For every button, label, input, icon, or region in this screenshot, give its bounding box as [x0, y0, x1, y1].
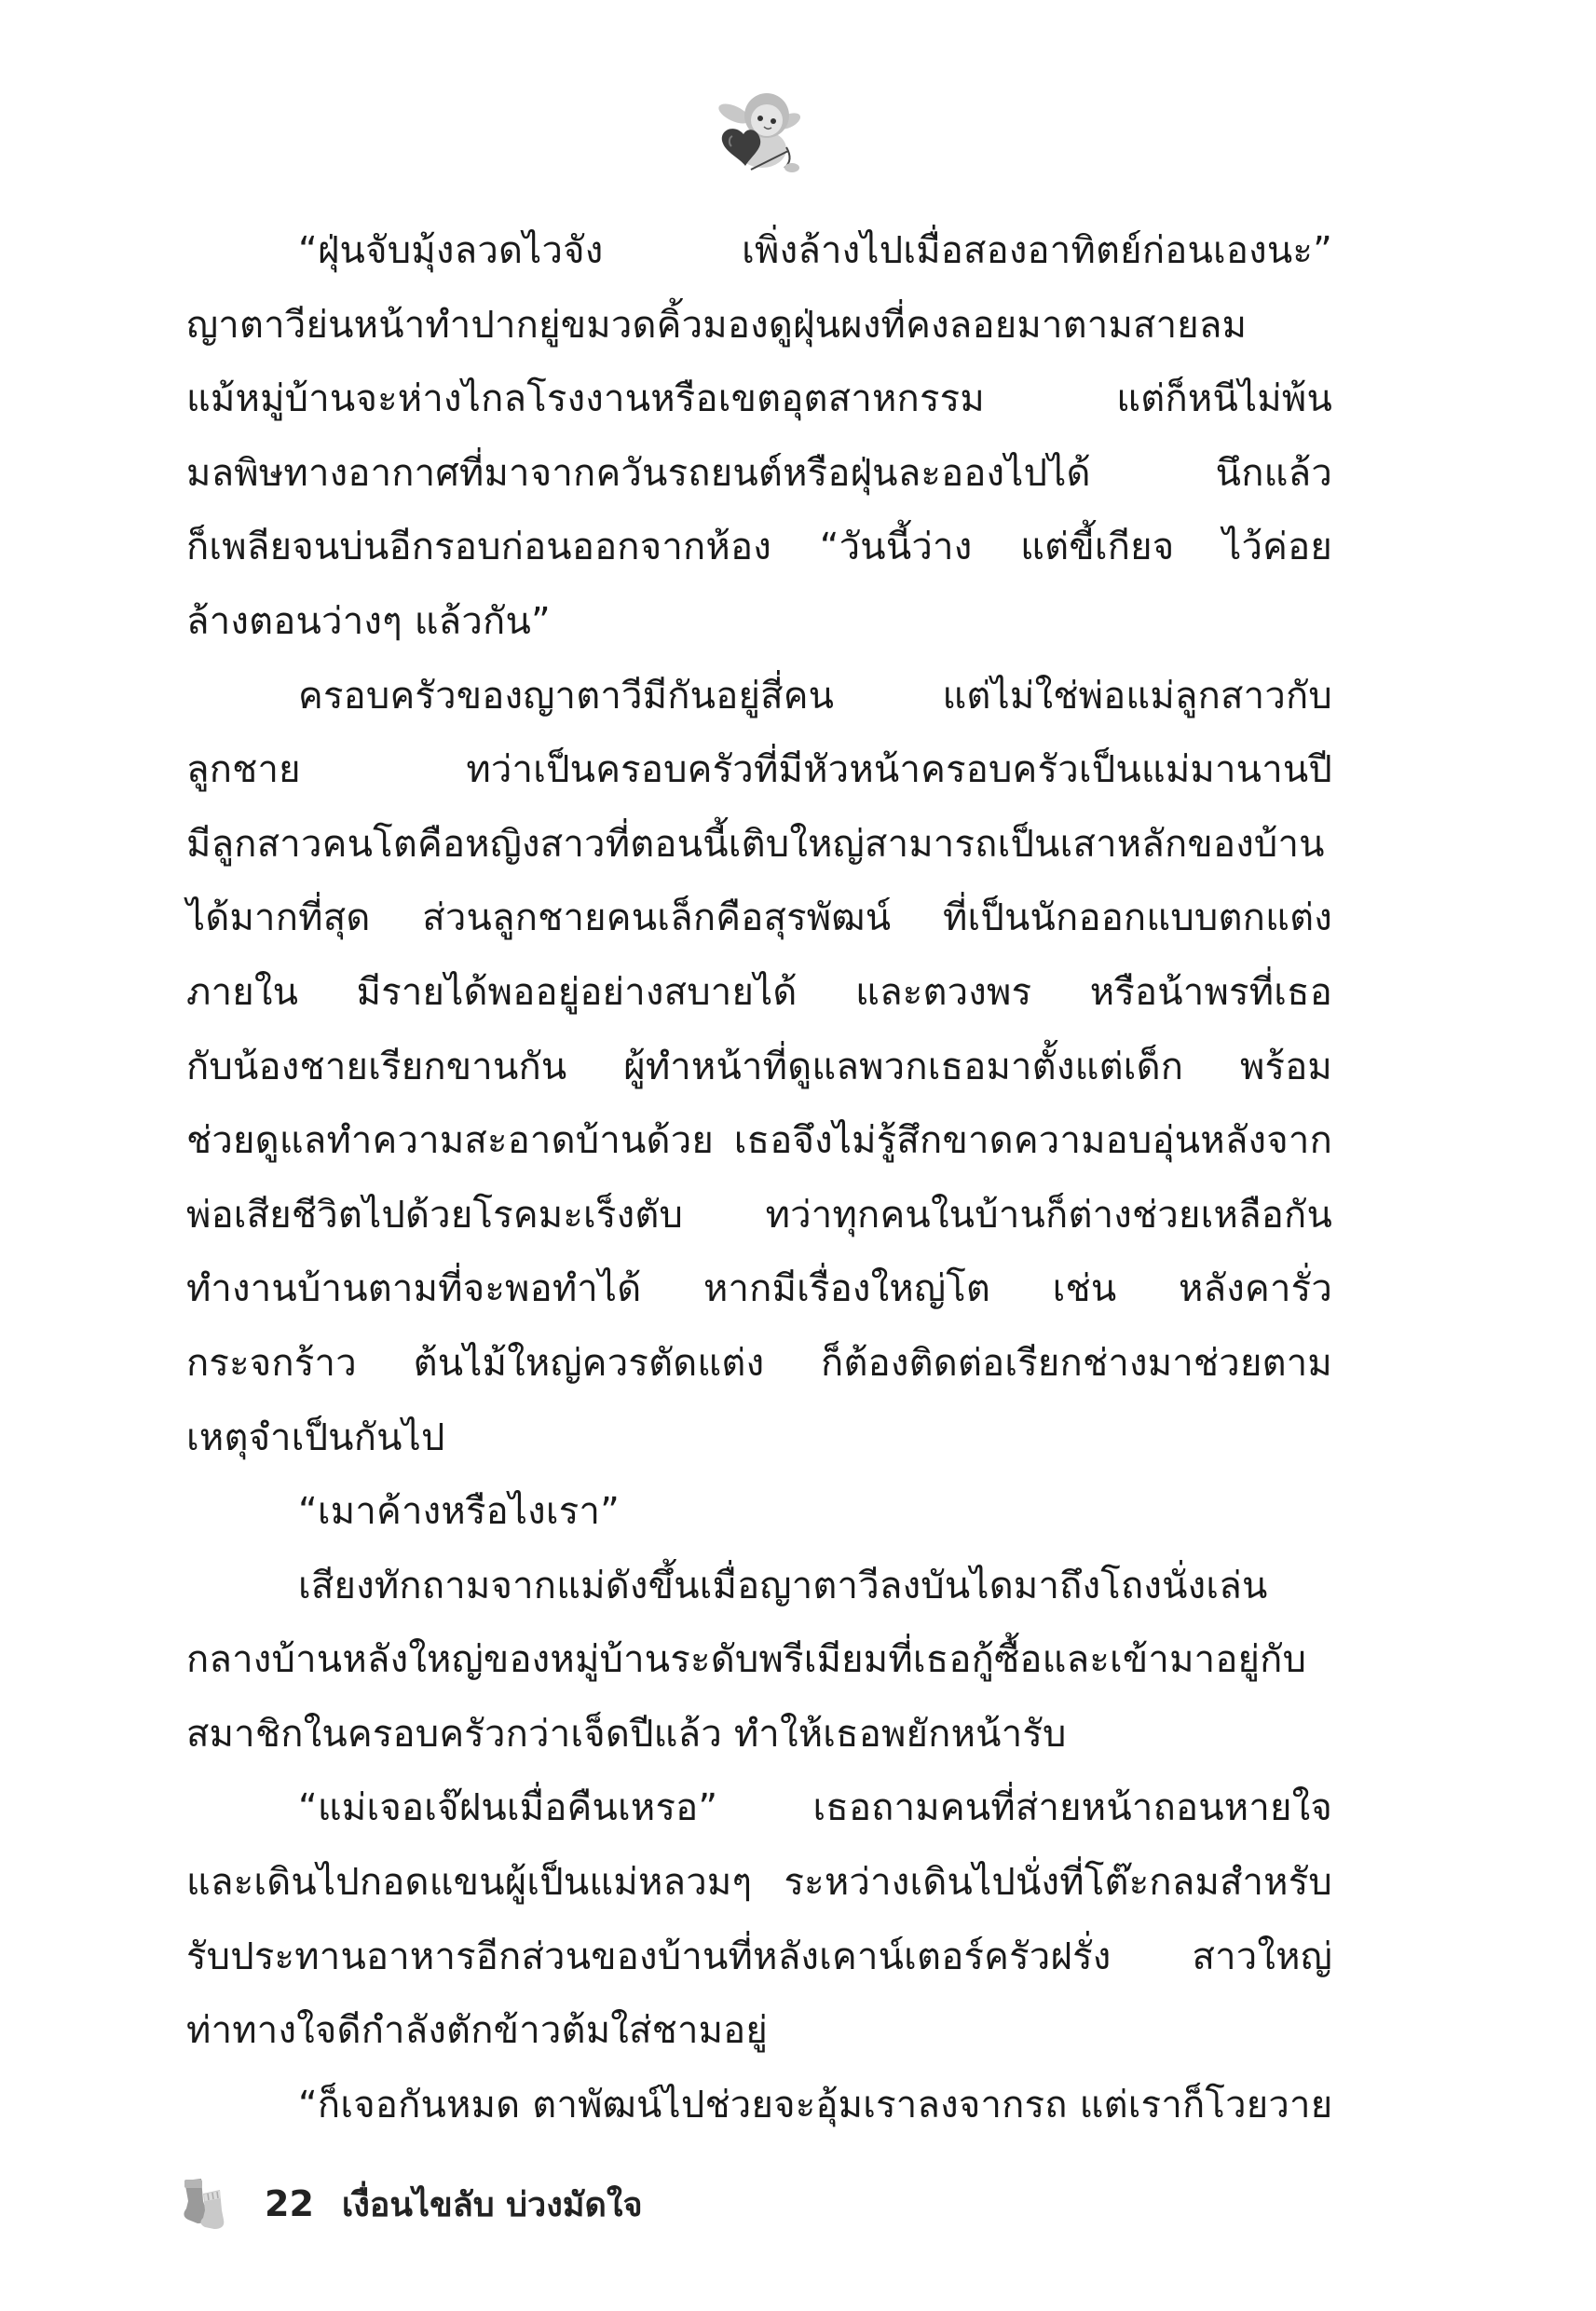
body-text: “ฝุ่นจับมุ้งลวดไวจัง เพิ่งล้างไปเมื่อสอง…	[186, 214, 1332, 2142]
text-line: สมาชิกในครอบครัวกว่าเจ็ดปีแล้ว ทำให้เธอพ…	[186, 1698, 1332, 1772]
text-line: ครอบครัวของญาตาวีมีกันอยู่สี่คน แต่ไม่ใช…	[186, 660, 1332, 734]
text-line: กับน้องชายเรียกขานกัน ผู้ทำหน้าที่ดูแลพว…	[186, 1031, 1332, 1105]
book-title: เงื่อนไขลับ บ่วงมัดใจ	[342, 2178, 643, 2231]
text-line: เสียงทักถามจากแม่ดังขึ้นเมื่อญาตาวีลงบัน…	[186, 1550, 1332, 1624]
paragraph: “เมาค้างหรือไงเรา”	[186, 1475, 1332, 1550]
paragraph: “แม่เจอเจ๊ฝนเมื่อคืนเหรอ” เธอถามคนที่ส่า…	[186, 1771, 1332, 2068]
paragraph: “ก็เจอกันหมด ตาพัฒน์ไปช่วยจะอุ้มเราลงจาก…	[186, 2069, 1332, 2143]
text-line: ได้มากที่สุด ส่วนลูกชายคนเล็กคือสุรพัฒน์…	[186, 882, 1332, 956]
text-line: ท่าทางใจดีกำลังตักข้าวต้มใส่ชามอยู่	[186, 1994, 1332, 2069]
cupid-with-heart-icon	[706, 76, 809, 174]
text-line: “เมาค้างหรือไงเรา”	[186, 1475, 1332, 1550]
text-line: ทำงานบ้านตามที่จะพอทำได้ หากมีเรื่องใหญ่…	[186, 1252, 1332, 1327]
text-line: “ฝุ่นจับมุ้งลวดไวจัง เพิ่งล้างไปเมื่อสอง…	[186, 214, 1332, 289]
text-line: กระจกร้าว ต้นไม้ใหญ่ควรตัดแต่ง ก็ต้องติด…	[186, 1327, 1332, 1402]
text-line: กลางบ้านหลังใหญ่ของหมู่บ้านระดับพรีเมียม…	[186, 1623, 1332, 1698]
text-line: ภายใน มีรายได้พออยู่อย่างสบายได้ และตวงพ…	[186, 956, 1332, 1031]
text-line: มีลูกสาวคนโตคือหญิงสาวที่ตอนนี้เติบใหญ่ส…	[186, 808, 1332, 882]
socks-icon	[179, 2177, 225, 2231]
text-line: ญาตาวีย่นหน้าทำปากยู่ขมวดคิ้วมองดูฝุ่นผง…	[186, 289, 1332, 363]
paragraph: ครอบครัวของญาตาวีมีกันอยู่สี่คน แต่ไม่ใช…	[186, 660, 1332, 1476]
text-line: เหตุจำเป็นกันไป	[186, 1402, 1332, 1476]
text-line: รับประทานอาหารอีกส่วนของบ้านที่หลังเคาน์…	[186, 1921, 1332, 1995]
text-line: มลพิษทางอากาศที่มาจากควันรถยนต์หรือฝุ่นล…	[186, 437, 1332, 512]
text-line: “ก็เจอกันหมด ตาพัฒน์ไปช่วยจะอุ้มเราลงจาก…	[186, 2069, 1332, 2143]
paragraph: “ฝุ่นจับมุ้งลวดไวจัง เพิ่งล้างไปเมื่อสอง…	[186, 214, 1332, 660]
text-line: ลูกชาย ทว่าเป็นครอบครัวที่มีหัวหน้าครอบค…	[186, 733, 1332, 808]
page-number: 22	[265, 2183, 314, 2224]
paragraph: เสียงทักถามจากแม่ดังขึ้นเมื่อญาตาวีลงบัน…	[186, 1550, 1332, 1772]
page-footer: 22 เงื่อนไขลับ บ่วงมัดใจ	[179, 2176, 643, 2232]
text-line: แม้หมู่บ้านจะห่างไกลโรงงานหรือเขตอุตสาหก…	[186, 362, 1332, 437]
text-line: ล้างตอนว่างๆ แล้วกัน”	[186, 585, 1332, 660]
text-line: ช่วยดูแลทำความสะอาดบ้านด้วย เธอจึงไม่รู้…	[186, 1104, 1332, 1179]
text-line: “แม่เจอเจ๊ฝนเมื่อคืนเหรอ” เธอถามคนที่ส่า…	[186, 1771, 1332, 1846]
text-line: และเดินไปกอดแขนผู้เป็นแม่หลวมๆ ระหว่างเด…	[186, 1846, 1332, 1921]
text-line: ก็เพลียจนบ่นอีกรอบก่อนออกจากห้อง “วันนี้…	[186, 511, 1332, 585]
text-line: พ่อเสียชีวิตไปด้วยโรคมะเร็งตับ ทว่าทุกคน…	[186, 1179, 1332, 1253]
